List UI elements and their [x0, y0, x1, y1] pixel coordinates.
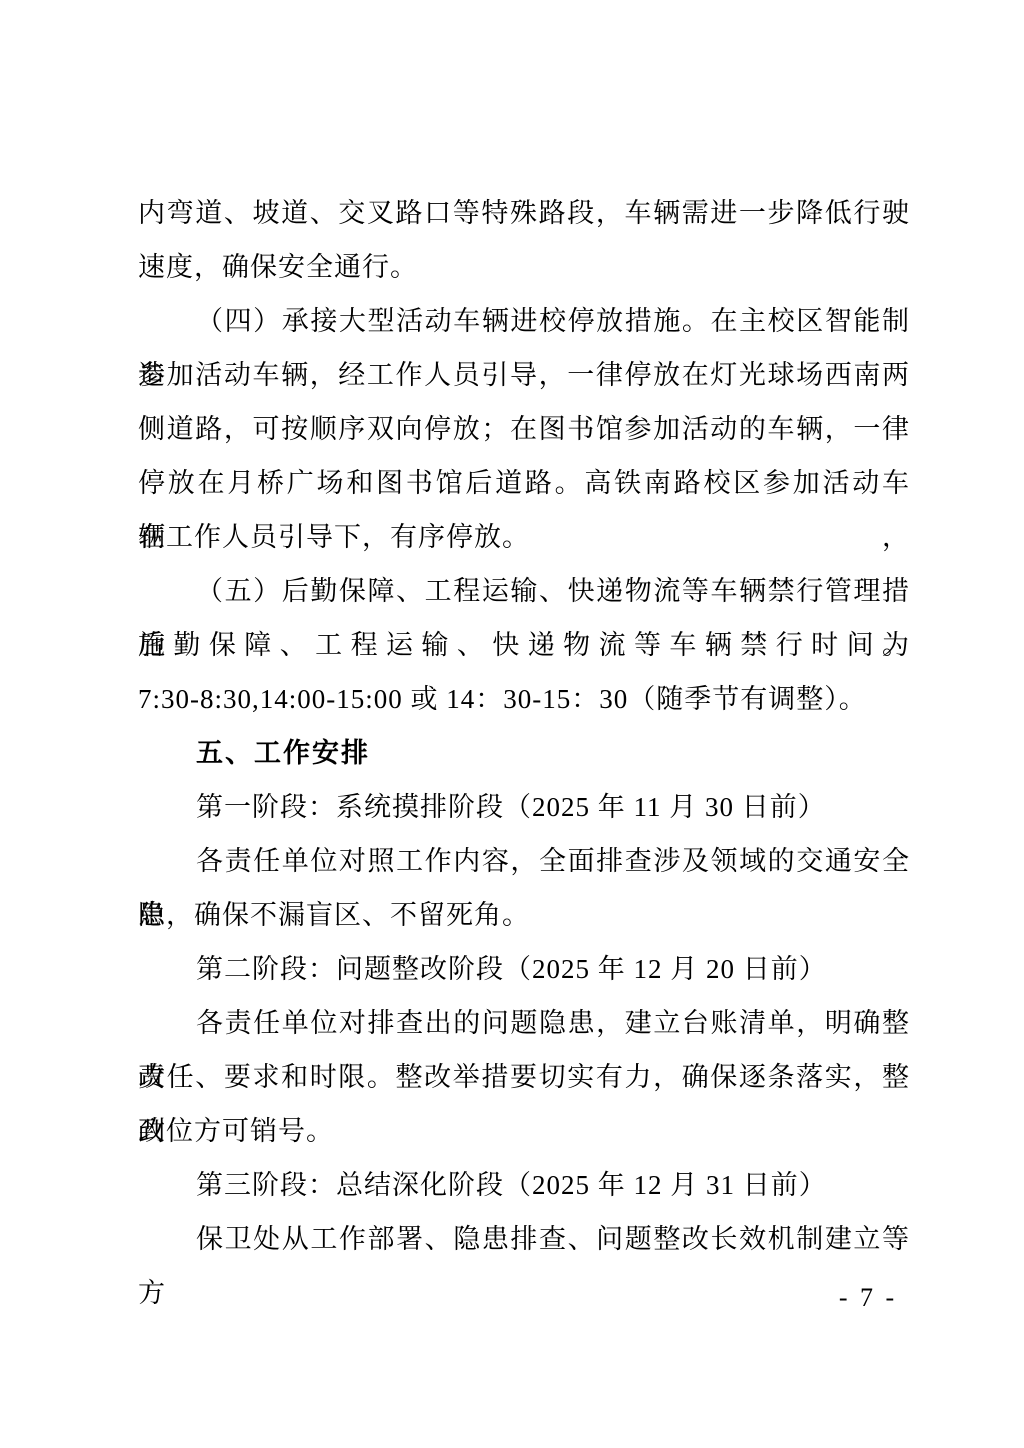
document-body: 内弯道、坡道、交叉路口等特殊路段，车辆需进一步降低行驶速度，确保安全通行。（四）… [138, 186, 910, 1266]
page-number: - 7 - [828, 1278, 908, 1318]
text-line: 到位方可销号。 [138, 1104, 910, 1158]
text-line: 7:30-8:30,14:00-15:00 或 14：30-15：30（随季节有… [138, 672, 910, 726]
text-line: 内弯道、坡道、交叉路口等特殊路段，车辆需进一步降低行驶 [138, 186, 910, 240]
text-line: （四）承接大型活动车辆进校停放措施。在主校区智能制造 [138, 294, 910, 348]
text-line: 各责任单位对排查出的问题隐患，建立台账清单，明确整改 [138, 996, 910, 1050]
text-line: 停放在月桥广场和图书馆后道路。高铁南路校区参加活动车辆， [138, 456, 910, 510]
document-page: 内弯道、坡道、交叉路口等特殊路段，车辆需进一步降低行驶速度，确保安全通行。（四）… [0, 0, 1024, 1448]
text-line: 患，确保不漏盲区、不留死角。 [138, 888, 910, 942]
section-heading: 五、工作安排 [138, 726, 910, 780]
text-line: 责任、要求和时限。整改举措要切实有力，确保逐条落实，整改 [138, 1050, 910, 1104]
text-line: 第一阶段：系统摸排阶段（2025 年 11 月 30 日前） [138, 780, 910, 834]
text-line: 第二阶段：问题整改阶段（2025 年 12 月 20 日前） [138, 942, 910, 996]
text-line: 第三阶段：总结深化阶段（2025 年 12 月 31 日前） [138, 1158, 910, 1212]
text-line: 各责任单位对照工作内容，全面排查涉及领域的交通安全隐 [138, 834, 910, 888]
text-line: 参加活动车辆，经工作人员引导，一律停放在灯光球场西南两 [138, 348, 910, 402]
text-line: 速度，确保安全通行。 [138, 240, 910, 294]
text-line: 后勤保障、工程运输、快递物流等车辆禁行时间为 [138, 618, 910, 672]
text-line: 保卫处从工作部署、隐患排查、问题整改长效机制建立等方 [138, 1212, 910, 1266]
text-line: 侧道路，可按顺序双向停放；在图书馆参加活动的车辆，一律 [138, 402, 910, 456]
text-line: （五）后勤保障、工程运输、快递物流等车辆禁行管理措施。 [138, 564, 910, 618]
